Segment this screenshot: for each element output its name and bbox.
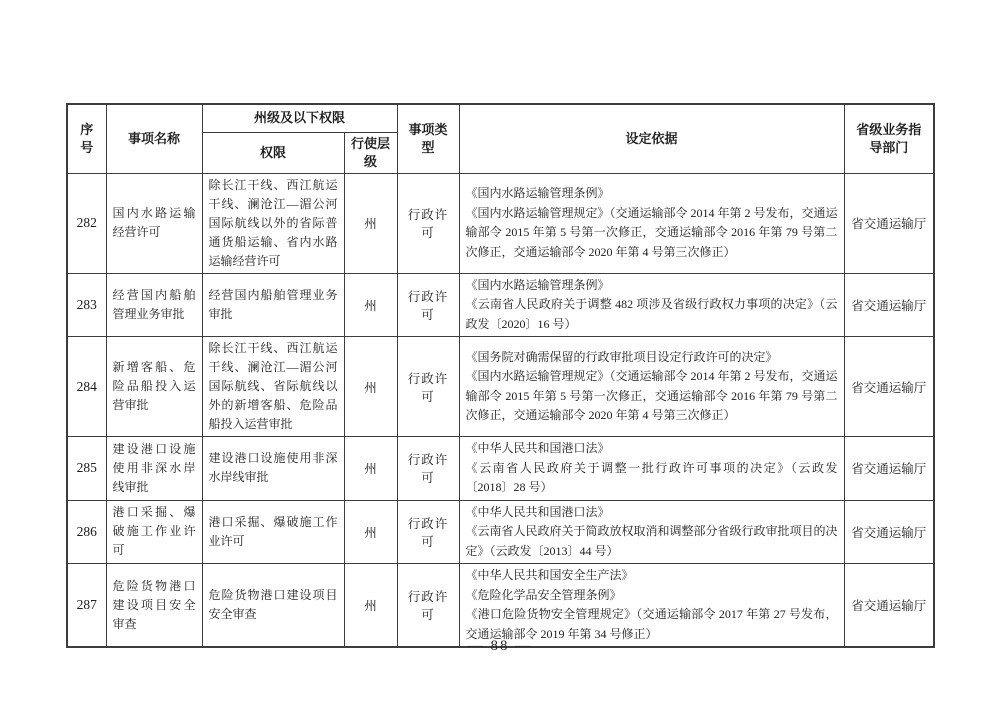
item-name: 经营国内船舶管理业务审批 <box>106 273 202 337</box>
item-name: 危险货物港口建设项目安全审查 <box>106 564 202 648</box>
page-number: — 88 — <box>0 638 1000 655</box>
setting-basis: 《中华人民共和国港口法》 《云南省人民政府关于简政放权取消和调整部分省级行政审批… <box>459 500 844 564</box>
setting-basis: 《国务院对确需保留的行政审批项目设定行政许可的决定》 《国内水路运输管理规定》（… <box>459 337 844 437</box>
authority-scope: 危险货物港口建设项目安全审查 <box>202 564 344 648</box>
header-item-name: 事项名称 <box>106 104 202 173</box>
setting-basis: 《国内水路运输管理条例》 《云南省人民政府关于调整 482 项涉及省级行政权力事… <box>459 273 844 337</box>
basis-entry: 《国务院对确需保留的行政审批项目设定行政许可的决定》 <box>466 348 838 368</box>
basis-entry: 《云南省人民政府关于调整 482 项涉及省级行政权力事项的决定》（云政发〔202… <box>466 295 838 334</box>
guidance-dept: 省交通运输厅 <box>844 273 934 337</box>
header-item-type: 事项类型 <box>397 104 459 173</box>
exercise-level: 州 <box>344 500 397 564</box>
exercise-level: 州 <box>344 337 397 437</box>
basis-entry: 《中华人民共和国港口法》 <box>466 439 838 459</box>
authority-items-table: 序号 事项名称 州级及以下权限 事项类型 设定依据 省级业务指导部门 权限 行使… <box>66 103 935 648</box>
item-name: 国内水路运输经营许可 <box>106 173 202 273</box>
row-index: 282 <box>67 173 106 273</box>
setting-basis: 《中华人民共和国港口法》 《云南省人民政府关于调整一批行政许可事项的决定》（云政… <box>459 437 844 501</box>
table-header: 序号 事项名称 州级及以下权限 事项类型 设定依据 省级业务指导部门 权限 行使… <box>67 104 934 173</box>
basis-entry: 《中华人民共和国安全生产法》 <box>466 566 838 586</box>
guidance-dept: 省交通运输厅 <box>844 500 934 564</box>
header-exercise-level: 行使层级 <box>344 132 397 173</box>
basis-entry: 《国内水路运输管理条例》 <box>466 276 838 296</box>
row-index: 286 <box>67 500 106 564</box>
table-row: 286 港口采掘、爆破施工作业许可 港口采掘、爆破施工作业许可 州 行政许可 《… <box>67 500 934 564</box>
authority-scope: 除长江干线、西江航运干线、澜沧江—湄公河国际航线以外的省际普通货船运输、省内水路… <box>202 173 344 273</box>
table-row: 285 建设港口设施使用非深水岸线审批 建设港口设施使用非深水岸线审批 州 行政… <box>67 437 934 501</box>
authority-scope: 港口采掘、爆破施工作业许可 <box>202 500 344 564</box>
item-type: 行政许可 <box>397 500 459 564</box>
item-type: 行政许可 <box>397 173 459 273</box>
item-type: 行政许可 <box>397 273 459 337</box>
item-type: 行政许可 <box>397 437 459 501</box>
exercise-level: 州 <box>344 173 397 273</box>
table-row: 282 国内水路运输经营许可 除长江干线、西江航运干线、澜沧江—湄公河国际航线以… <box>67 173 934 273</box>
authority-scope: 建设港口设施使用非深水岸线审批 <box>202 437 344 501</box>
item-name: 新增客船、危险品船投入运营审批 <box>106 337 202 437</box>
row-index: 283 <box>67 273 106 337</box>
basis-entry: 《危险化学品安全管理条例》 <box>466 586 838 606</box>
basis-entry: 《国内水路运输管理规定》（交通运输部令 2014 年第 2 号发布，交通运输部令… <box>466 367 838 426</box>
authority-scope: 除长江干线、西江航运干线、澜沧江—湄公河国际航线、省际航线以外的新增客船、危险品… <box>202 337 344 437</box>
item-type: 行政许可 <box>397 337 459 437</box>
basis-entry: 《国内水路运输管理条例》 <box>466 184 838 204</box>
header-authority: 权限 <box>202 132 344 173</box>
basis-entry: 《中华人民共和国港口法》 <box>466 503 838 523</box>
document-page: 序号 事项名称 州级及以下权限 事项类型 设定依据 省级业务指导部门 权限 行使… <box>0 0 1000 707</box>
basis-entry: 《国内水路运输管理规定》（交通运输部令 2014 年第 2 号发布，交通运输部令… <box>466 204 838 263</box>
setting-basis: 《国内水路运输管理条例》 《国内水路运输管理规定》（交通运输部令 2014 年第… <box>459 173 844 273</box>
table-row: 284 新增客船、危险品船投入运营审批 除长江干线、西江航运干线、澜沧江—湄公河… <box>67 337 934 437</box>
table-row: 283 经营国内船舶管理业务审批 经营国内船舶管理业务审批 州 行政许可 《国内… <box>67 273 934 337</box>
header-basis: 设定依据 <box>459 104 844 173</box>
header-prefecture-authority-group: 州级及以下权限 <box>202 104 397 132</box>
exercise-level: 州 <box>344 273 397 337</box>
authority-scope: 经营国内船舶管理业务审批 <box>202 273 344 337</box>
item-name: 建设港口设施使用非深水岸线审批 <box>106 437 202 501</box>
item-name: 港口采掘、爆破施工作业许可 <box>106 500 202 564</box>
table-row: 287 危险货物港口建设项目安全审查 危险货物港口建设项目安全审查 州 行政许可… <box>67 564 934 648</box>
table-body: 282 国内水路运输经营许可 除长江干线、西江航运干线、澜沧江—湄公河国际航线以… <box>67 173 934 647</box>
guidance-dept: 省交通运输厅 <box>844 173 934 273</box>
item-type: 行政许可 <box>397 564 459 648</box>
guidance-dept: 省交通运输厅 <box>844 337 934 437</box>
setting-basis: 《中华人民共和国安全生产法》 《危险化学品安全管理条例》 《港口危险货物安全管理… <box>459 564 844 648</box>
row-index: 285 <box>67 437 106 501</box>
header-row-1: 序号 事项名称 州级及以下权限 事项类型 设定依据 省级业务指导部门 <box>67 104 934 132</box>
row-index: 284 <box>67 337 106 437</box>
header-index: 序号 <box>67 104 106 173</box>
guidance-dept: 省交通运输厅 <box>844 437 934 501</box>
basis-entry: 《云南省人民政府关于调整一批行政许可事项的决定》（云政发〔2018〕28 号） <box>466 459 838 498</box>
exercise-level: 州 <box>344 564 397 648</box>
header-provincial-dept: 省级业务指导部门 <box>844 104 934 173</box>
exercise-level: 州 <box>344 437 397 501</box>
basis-entry: 《云南省人民政府关于简政放权取消和调整部分省级行政审批项目的决定》（云政发〔20… <box>466 522 838 561</box>
guidance-dept: 省交通运输厅 <box>844 564 934 648</box>
row-index: 287 <box>67 564 106 648</box>
